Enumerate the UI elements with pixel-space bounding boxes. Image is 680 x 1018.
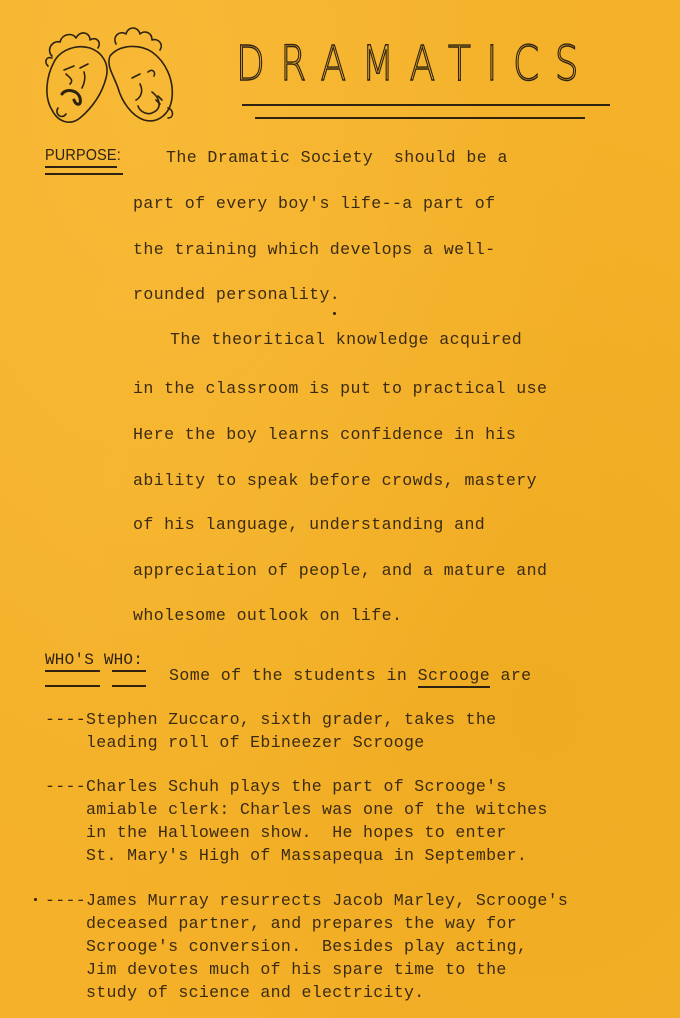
- cast-entry-line: Scrooge's conversion. Besides play actin…: [45, 937, 527, 956]
- purpose-line: The theoritical knowledge acquired: [170, 330, 522, 349]
- cast-entry-line: ----Stephen Zuccaro, sixth grader, takes…: [45, 710, 496, 729]
- whos-underline: [45, 670, 100, 672]
- whos-who-label-part2: WHO: [104, 651, 133, 669]
- purpose-line: the training which develops a well-: [133, 240, 496, 259]
- who-underline: [112, 670, 146, 672]
- whos-who-label: WHO'S WHO:: [45, 651, 143, 669]
- title-underline: [242, 104, 610, 106]
- page-title: DRAMATICS: [236, 40, 594, 88]
- purpose-line: ability to speak before crowds, mastery: [133, 471, 537, 490]
- purpose-line: Here the boy learns confidence in his: [133, 425, 516, 444]
- title-underline-secondary: [255, 117, 585, 119]
- cast-entry-line: deceased partner, and prepares the way f…: [45, 914, 517, 933]
- theater-masks-icon: [40, 22, 190, 130]
- whos-who-intro: Some of the students in Scrooge are: [169, 666, 532, 685]
- cast-entry-line: ----Charles Schuh plays the part of Scro…: [45, 777, 507, 796]
- purpose-label: PURPOSE:: [45, 147, 121, 165]
- cast-entry-line: Jim devotes much of his spare time to th…: [45, 960, 507, 979]
- whos-who-label-part1: WHO'S: [45, 651, 94, 669]
- cast-entry-line: ----James Murray resurrects Jacob Marley…: [45, 891, 568, 910]
- ink-speck: [333, 312, 336, 315]
- whos-underline-secondary: [45, 685, 100, 687]
- purpose-label-text: PURPOSE: [45, 147, 117, 168]
- purpose-line: of his language, understanding and: [133, 515, 485, 534]
- cast-entry-line: in the Halloween show. He hopes to enter: [45, 823, 507, 842]
- who-underline-secondary: [112, 685, 146, 687]
- play-title: Scrooge: [418, 666, 491, 688]
- whos-who-intro-suffix: are: [490, 666, 531, 685]
- purpose-line: in the classroom is put to practical use: [133, 379, 547, 398]
- cast-entry-line: amiable clerk: Charles was one of the wi…: [45, 800, 548, 819]
- purpose-label-colon: :: [117, 147, 121, 164]
- purpose-line: wholesome outlook on life.: [133, 606, 402, 625]
- whos-who-intro-prefix: Some of the students in: [169, 666, 418, 685]
- purpose-line: The Dramatic Society should be a: [166, 148, 508, 167]
- purpose-line: appreciation of people, and a mature and: [133, 561, 547, 580]
- whos-who-label-colon: :: [133, 651, 143, 669]
- cast-entry-line: study of science and electricity.: [45, 983, 425, 1002]
- document-page: DRAMATICS PURPOSE: The Dramatic Society …: [0, 0, 680, 1018]
- cast-entry-line: leading roll of Ebineezer Scrooge: [45, 733, 425, 752]
- cast-entry-line: St. Mary's High of Massapequa in Septemb…: [45, 846, 527, 865]
- purpose-line: rounded personality.: [133, 285, 340, 304]
- purpose-line: part of every boy's life--a part of: [133, 194, 496, 213]
- purpose-label-double-underline: [45, 173, 123, 175]
- ink-speck: [34, 898, 37, 901]
